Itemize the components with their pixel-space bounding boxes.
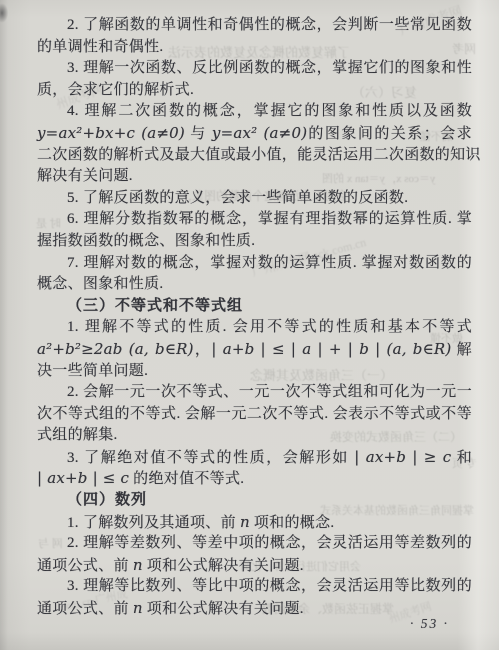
text-run: 的图象间的关系；会求 <box>307 126 472 142</box>
text-run: 3. 理解一次函数、反比例函数的概念，掌握它们的图象和性 <box>67 60 472 76</box>
text-run: 通项公式、前 <box>37 558 133 574</box>
text-line: 3. 理解等比数列、等比中项的概念，会灵活运用等比数列的 <box>37 576 472 598</box>
text-line: 2. 了解函数的单调性和奇偶性的概念，会判断一些常见函数 <box>37 15 472 37</box>
text-run: 握指数函数的概念、图象和性质. <box>37 233 255 249</box>
text-line: y=ax²+bx+c (a≠0) 与 y=ax² (a≠0)的图象间的关系；会求 <box>37 123 472 145</box>
math-expression: n <box>133 599 143 617</box>
text-run: 3. 了解绝对值不等式的性质，会解形如 <box>67 450 354 466</box>
text-block: 2. 了解函数的单调性和奇偶性的概念，会判断一些常见函数的单调性和奇偶性.3. … <box>37 15 472 620</box>
math-expression: a²+b²≥2ab (a, b∈R) <box>37 340 194 358</box>
text-run: 解决有关问题. <box>37 168 133 184</box>
text-line: 解决有关问题. <box>37 166 472 188</box>
text-run: 6. 理解分数指数幂的概念，掌握有理指数幂的运算性质. 掌 <box>67 211 472 227</box>
text-line: 式组的解集. <box>37 425 472 447</box>
text-run: 概念、图象和性质. <box>37 276 163 292</box>
text-run: ， <box>194 342 212 358</box>
text-run: 7. 理解对数的概念，掌握对数的运算性质. 掌握对数函数的 <box>67 255 472 271</box>
text-run: 式组的解集. <box>37 427 118 443</box>
text-run: 与 <box>185 126 212 142</box>
text-line: 质，会求它们的解析式. <box>37 80 472 102</box>
math-expression: n <box>240 513 250 531</box>
section-heading: （三）不等式和不等式组 <box>37 296 472 318</box>
text-run: 次不等式组的不等式. 会解一元二次不等式. 会表示不等式或不等 <box>37 406 472 422</box>
math-expression: y=ax² (a≠0) <box>212 124 307 142</box>
text-line: 握指数函数的概念、图象和性质. <box>37 231 472 253</box>
text-run: 1. 理解不等式的性质. 会用不等式的性质和基本不等式 <box>67 319 472 335</box>
text-run: 1. 了解数列及其通项、前 <box>67 515 240 531</box>
text-run: 的单调性和奇偶性. <box>37 39 163 55</box>
text-line: 4. 理解二次函数的概念，掌握它的图象和性质以及函数 <box>37 101 472 123</box>
text-line: 二次函数的解析式及最大值或最小值，能灵活运用二次函数的知识 <box>37 145 472 167</box>
section-heading: （四）数列 <box>37 490 472 512</box>
text-run: 4. 理解二次函数的概念，掌握它的图象和性质以及函数 <box>67 103 472 119</box>
text-run: 5. 了解反函数的意义，会求一些简单函数的反函数. <box>67 190 408 206</box>
text-run: 通项公式、前 <box>37 601 133 617</box>
text-line: 概念、图象和性质. <box>37 274 472 296</box>
text-line: 2. 会解一元一次不等式、一元一次不等式组和可化为一元一 <box>37 382 472 404</box>
text-line: 次不等式组的不等式. 会解一元二次不等式. 会表示不等式或不等 <box>37 404 472 426</box>
text-run: （四）数列 <box>67 492 147 508</box>
text-run: 解 <box>451 342 472 358</box>
text-run: 2. 会解一元一次不等式、一元一次不等式组和可化为一元一 <box>67 384 472 400</box>
math-expression: | ax+b | ≥ c <box>354 448 451 466</box>
text-run: 的绝对值不等式. <box>129 471 244 487</box>
text-line: 3. 理解一次函数、反比例函数的概念，掌握它们的图象和性 <box>37 58 472 80</box>
text-line: 5. 了解反函数的意义，会求一些简单函数的反函数. <box>37 188 472 210</box>
text-line: 7. 理解对数的概念，掌握对数的运算性质. 掌握对数函数的 <box>37 253 472 275</box>
text-line: | ax+b | ≤ c 的绝对值不等式. <box>37 468 472 490</box>
text-line: 决一些简单问题. <box>37 361 472 383</box>
page-number: · 53 · <box>410 616 449 632</box>
text-run: 二次函数的解析式及最大值或最小值，能灵活运用二次函数的知识 <box>37 147 481 163</box>
text-run: 3. 理解等比数列、等比中项的概念，会灵活运用等比数列的 <box>67 578 472 594</box>
text-line: 的单调性和奇偶性. <box>37 37 472 59</box>
text-line: 2. 理解等差数列、等差中项的概念，会灵活运用等差数列的 <box>37 533 472 555</box>
math-expression: n <box>133 556 143 574</box>
text-run: 质，会求它们的解析式. <box>37 82 194 98</box>
text-line: 6. 理解分数指数幂的概念，掌握有理指数幂的运算性质. 掌 <box>37 209 472 231</box>
text-line: 1. 了解数列及其通项、前 n 项和的概念. <box>37 512 472 534</box>
text-run: 2. 了解函数的单调性和奇偶性的概念，会判断一些常见函数 <box>67 17 472 33</box>
text-line: 1. 理解不等式的性质. 会用不等式的性质和基本不等式 <box>37 317 472 339</box>
text-run: 项和的概念. <box>250 515 335 531</box>
text-run: （三）不等式和不等式组 <box>67 298 243 314</box>
scanned-page: 广州成考网了解复数的概念及复数的表示法网考州成考网复习（六）确不懂y＝cos x… <box>0 0 499 650</box>
text-run: 2. 理解等差数列、等差中项的概念，会灵活运用等差数列的 <box>67 535 472 551</box>
math-expression: | ax+b | ≤ c <box>37 469 129 487</box>
text-run: 项和公式解决有关问题. <box>143 558 304 574</box>
text-line: 通项公式、前 n 项和公式解决有关问题. <box>37 598 472 620</box>
text-run: 项和公式解决有关问题. <box>143 601 304 617</box>
text-line: a²+b²≥2ab (a, b∈R)，| a+b | ≤ | a | + | b… <box>37 339 472 361</box>
text-run: 和 <box>451 450 472 466</box>
math-expression: y=ax²+bx+c (a≠0) <box>37 124 185 142</box>
text-line: 通项公式、前 n 项和公式解决有关问题. <box>37 555 472 577</box>
text-line: 3. 了解绝对值不等式的性质，会解形如 | ax+b | ≥ c 和 <box>37 447 472 469</box>
text-run: 决一些简单问题. <box>37 363 148 379</box>
math-expression: | a+b | ≤ | a | + | b | (a, b∈R) <box>211 340 451 358</box>
